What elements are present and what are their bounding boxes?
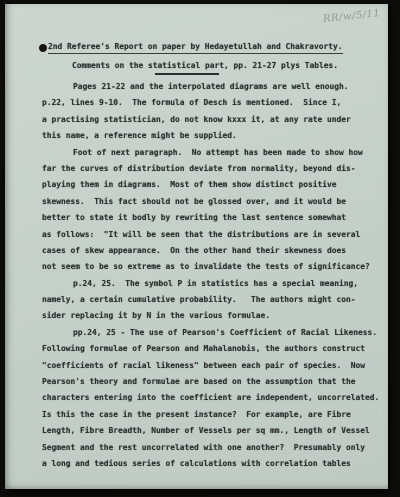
paragraph: Foot of next paragraph. No attempt has b… bbox=[42, 145, 388, 276]
text-line: Segment and the rest uncorrelated with o… bbox=[42, 440, 388, 456]
report-title: 2nd Referee's Report on paper by Hedayet… bbox=[48, 42, 343, 54]
bullet-dot-icon bbox=[39, 44, 47, 52]
paragraph: pp.24, 25 - The use of Pearson's Coeffic… bbox=[42, 325, 388, 473]
text-line: pp.24, 25 - The use of Pearson's Coeffic… bbox=[42, 325, 388, 341]
text-line: Foot of next paragraph. No attempt has b… bbox=[42, 145, 388, 161]
text-line: not seem to be so extreme as to invalida… bbox=[42, 259, 388, 275]
archive-reference-annotation: RR/w/5/11 bbox=[322, 8, 380, 25]
text-line: "coefficients of racial likeness" betwee… bbox=[42, 358, 388, 374]
text-line: p.22, lines 9-10. The formula of Desch i… bbox=[42, 95, 388, 111]
text-line: skewness. This fact should not be glosse… bbox=[42, 194, 388, 210]
paragraph: Pages 21-22 and the interpolated diagram… bbox=[42, 79, 388, 145]
text-line: far the curves of distribution deviate f… bbox=[42, 161, 388, 177]
text-line: Length, Fibre Breadth, Number of Vessels… bbox=[42, 423, 388, 439]
text-line: a practising statistician, do not know k… bbox=[42, 112, 388, 128]
report-subtitle: Comments on the statistical part, pp. 21… bbox=[72, 61, 338, 70]
text-line: Is this the case in the present instance… bbox=[42, 407, 388, 423]
text-line: this name, a reference might be supplied… bbox=[42, 128, 388, 144]
text-line: a long and tedious series of calculation… bbox=[42, 456, 388, 472]
text-line: as follows: "It will be seen that the di… bbox=[42, 227, 388, 243]
text-line: characters entering into the coefficient… bbox=[42, 390, 388, 406]
report-body: Pages 21-22 and the interpolated diagram… bbox=[42, 79, 388, 472]
text-line: Following formulae of Pearson and Mahala… bbox=[42, 341, 388, 357]
text-line: namely, a certain cumulative probability… bbox=[42, 292, 388, 308]
report-title-row: 2nd Referee's Report on paper by Hedayet… bbox=[39, 42, 343, 54]
text-line: cases of skew appearance. On the other h… bbox=[42, 243, 388, 259]
text-line: sider replacing it by N in the various f… bbox=[42, 308, 388, 324]
text-line: better to state it bodly by rewriting th… bbox=[42, 210, 388, 226]
text-line: Pages 21-22 and the interpolated diagram… bbox=[42, 79, 388, 95]
text-line: Pearson's theory and formulae are based … bbox=[42, 374, 388, 390]
text-line: p.24, 25. The symbol P in statistics has… bbox=[42, 276, 388, 292]
text-line: playing them in diagrams. Most of them s… bbox=[42, 177, 388, 193]
section-divider-rule bbox=[155, 73, 219, 75]
document-page: RR/w/5/11 2nd Referee's Report on paper … bbox=[5, 4, 388, 489]
paragraph: p.24, 25. The symbol P in statistics has… bbox=[42, 276, 388, 325]
